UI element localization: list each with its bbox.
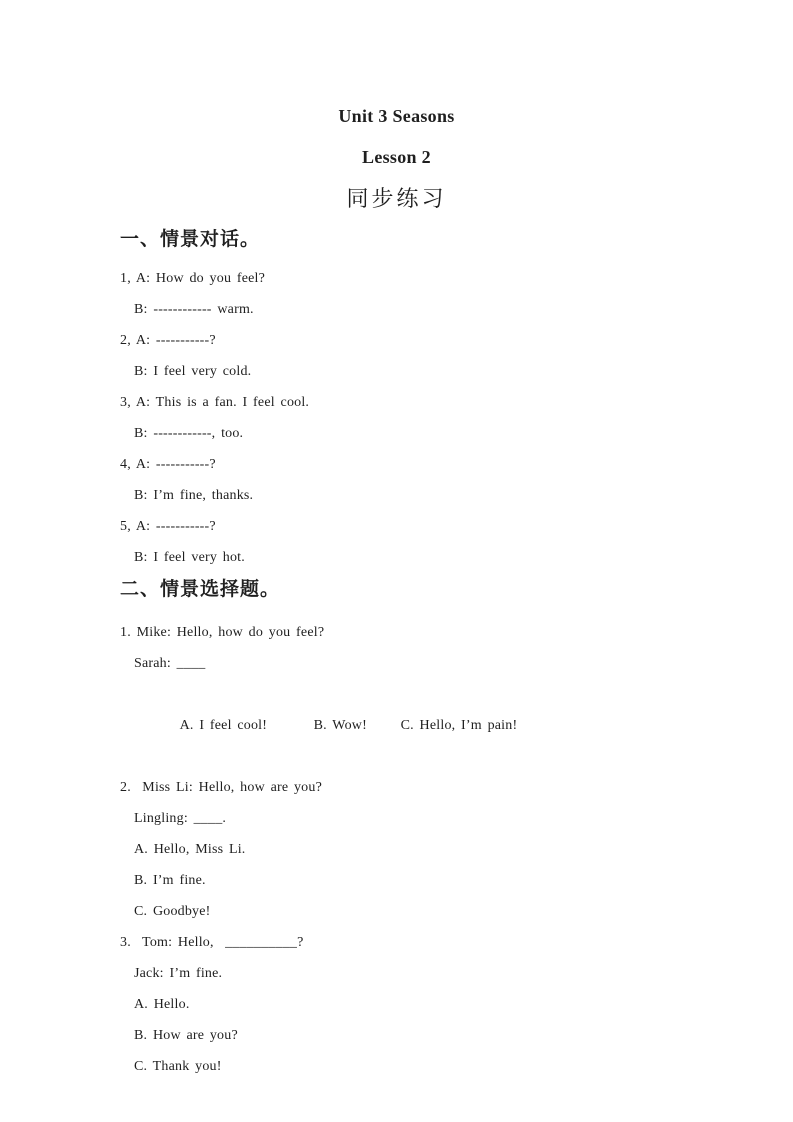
section-1-dialogs: 1, A: How do you feel? B: ------------ w… — [120, 263, 743, 573]
dialog-1-a-line: 1, A: How do you feel? — [120, 263, 743, 294]
dialog-2-b-line: B: I feel very cold. — [120, 356, 743, 387]
question-1-answer-line: Sarah: ____ — [120, 648, 743, 679]
question-3-option-b: B. How are you? — [120, 1020, 743, 1051]
question-1-options-row: A. I feel cool!B. Wow!C. Hello, I’m pain… — [120, 679, 743, 772]
dialog-2-a-line: 2, A: -----------? — [120, 325, 743, 356]
dialog-3-b-line: B: ------------, too. — [120, 418, 743, 449]
question-3-line: 3. Tom: Hello, __________? — [120, 927, 743, 958]
section-2-heading: 二、情景选择题。 — [120, 573, 743, 607]
dialog-5-b-line: B: I feel very hot. — [120, 542, 743, 573]
question-3-answer-line: Jack: I’m fine. — [120, 958, 743, 989]
worksheet-content: 一、情景对话。 1, A: How do you feel? B: ------… — [120, 219, 743, 1082]
dialog-5-a-line: 5, A: -----------? — [120, 511, 743, 542]
title-block: Unit 3 Seasons Lesson 2 同步练习 — [0, 0, 793, 219]
question-2-option-b: B. I’m fine. — [120, 865, 743, 896]
question-3-option-a: A. Hello. — [120, 989, 743, 1020]
unit-title: Unit 3 Seasons — [0, 96, 793, 137]
worksheet-page: Unit 3 Seasons Lesson 2 同步练习 一、情景对话。 1, … — [0, 0, 793, 1122]
question-1-option-c: C. Hello, I’m pain! — [401, 718, 518, 733]
question-1-option-a: A. I feel cool! — [180, 710, 314, 741]
dialog-1-b-line: B: ------------ warm. — [120, 294, 743, 325]
question-3-option-c: C. Thank you! — [120, 1051, 743, 1082]
question-2-option-c: C. Goodbye! — [120, 896, 743, 927]
question-2-answer-line: Lingling: ____. — [120, 803, 743, 834]
lesson-title: Lesson 2 — [0, 137, 793, 178]
section-1-heading: 一、情景对话。 — [120, 219, 743, 260]
question-2-option-a: A. Hello, Miss Li. — [120, 834, 743, 865]
question-1-option-b: B. Wow! — [314, 710, 401, 741]
section-2-questions: 1. Mike: Hello, how do you feel? Sarah: … — [120, 617, 743, 1082]
practice-subtitle: 同步练习 — [0, 178, 793, 219]
dialog-4-b-line: B: I’m fine, thanks. — [120, 480, 743, 511]
dialog-4-a-line: 4, A: -----------? — [120, 449, 743, 480]
question-2-line: 2. Miss Li: Hello, how are you? — [120, 772, 743, 803]
dialog-3-a-line: 3, A: This is a fan. I feel cool. — [120, 387, 743, 418]
question-1-line: 1. Mike: Hello, how do you feel? — [120, 617, 743, 648]
